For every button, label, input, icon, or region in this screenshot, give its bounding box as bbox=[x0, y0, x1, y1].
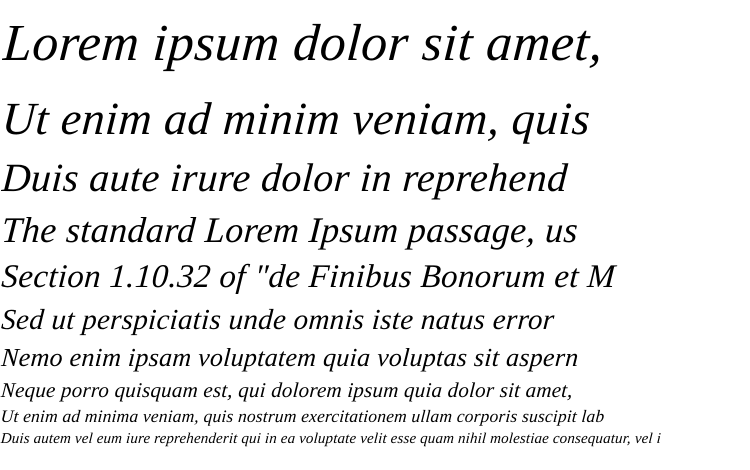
specimen-line-1: Lorem ipsum dolor sit amet, bbox=[0, 0, 750, 88]
specimen-line-5: Section 1.10.32 of "de Finibus Bonorum e… bbox=[0, 255, 750, 300]
specimen-line-9: Ut enim ad minima veniam, quis nostrum e… bbox=[0, 404, 750, 428]
font-specimen-page: Lorem ipsum dolor sit amet, Ut enim ad m… bbox=[0, 0, 750, 470]
specimen-line-7: Nemo enim ipsam voluptatem quia voluptas… bbox=[0, 340, 750, 376]
specimen-line-4: The standard Lorem Ipsum passage, us bbox=[0, 205, 750, 255]
specimen-line-3: Duis aute irure dolor in reprehend bbox=[0, 150, 750, 205]
specimen-line-2: Ut enim ad minim veniam, quis bbox=[0, 88, 750, 150]
specimen-line-8: Neque porro quisquam est, qui dolorem ip… bbox=[0, 376, 750, 404]
specimen-line-6: Sed ut perspiciatis unde omnis iste natu… bbox=[0, 300, 750, 340]
specimen-line-10: Duis autem vel eum iure reprehenderit qu… bbox=[0, 428, 750, 450]
